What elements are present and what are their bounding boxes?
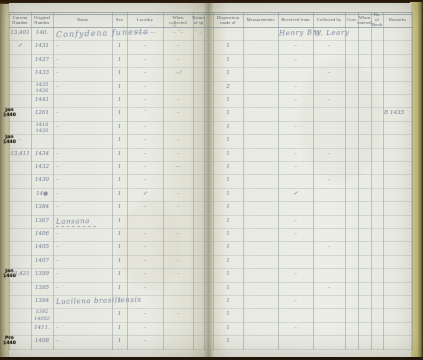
cell-current: ✓ <box>10 40 30 53</box>
cell-locality: – <box>128 67 162 80</box>
cell-original: 1441 <box>32 94 52 107</box>
cell-locality: – <box>128 81 162 94</box>
column-header-name: Name <box>54 14 111 27</box>
cell-name: – <box>56 268 110 281</box>
cell-when-collected: – <box>164 94 192 107</box>
table-row: 14251426–1–2– <box>0 81 423 94</box>
cell-sex: 1 <box>113 322 126 335</box>
cell-name: – <box>56 201 110 214</box>
cell-locality: ˘ <box>128 107 162 120</box>
cell-received-from: – <box>279 121 312 134</box>
cell-sex: 1 <box>113 268 126 281</box>
cell-locality: – <box>128 255 162 268</box>
cell-original: 1261 <box>32 107 52 120</box>
cell-sex: 1 <box>113 81 126 94</box>
cell-received-from: – <box>279 295 312 308</box>
cell-when-collected: – ˘– <box>164 27 192 40</box>
cell-sex: 1 <box>113 121 126 134</box>
column-header-no-of-book: No. of Book <box>372 14 382 27</box>
cell-col-a: 1 <box>214 54 242 67</box>
cell-name: – <box>56 241 110 254</box>
table-row: 1432–1–––1– <box>0 161 423 174</box>
cell-when-collected: – ⁄ <box>164 67 192 80</box>
cell-col-a: 1 <box>214 201 242 214</box>
table-row: 1433–1–– ⁄1– <box>0 67 423 80</box>
cell-original: 1406 <box>32 228 52 241</box>
cell-name: – <box>56 174 110 187</box>
cell-name: – <box>56 67 110 80</box>
cell-name: – <box>56 282 110 295</box>
cell-original: 1408 <box>32 335 52 348</box>
cell-locality: – <box>128 228 162 241</box>
column-header-remarks: Remarks <box>384 14 411 27</box>
cell-sex: 1 <box>113 228 126 241</box>
cell-collected-by: – <box>314 148 344 161</box>
column-header-cost: Cost <box>346 14 357 27</box>
cell-received-from: – <box>279 54 312 67</box>
cell-received-from: – <box>279 40 312 53</box>
cell-when-collected: – <box>164 40 192 53</box>
cell-col-a: 1 <box>214 322 242 335</box>
cell-original: 1430 <box>32 174 52 187</box>
cell-sex: 1 <box>113 107 126 120</box>
table-row: 1405–1–1– <box>0 241 423 254</box>
cell-sex: 1 <box>113 201 126 214</box>
cell-col-a: 1 <box>214 295 242 308</box>
table-row: 1395–1–1– <box>0 282 423 295</box>
margin-stamp: Pro1440 <box>0 337 19 347</box>
table-row: ✓1431–1––1–– <box>0 40 423 53</box>
table-row: 1427–1––1– <box>0 54 423 67</box>
cell-when-collected: – <box>164 188 192 201</box>
cell-original: 1431 <box>32 40 52 53</box>
cell-locality: ✓ <box>128 188 162 201</box>
cell-name: – <box>56 255 110 268</box>
table-row: 1367Lansana11– <box>0 215 423 228</box>
cell-col-a: 1 <box>214 134 242 147</box>
cell-col-a: 1 <box>214 282 242 295</box>
cell-sex: 1 <box>113 335 126 348</box>
cell-col-a: 1 <box>214 67 242 80</box>
table-row: 14●–1✓–1✓ <box>0 188 423 201</box>
cell-sex: 1 <box>113 54 126 67</box>
cell-when-collected: – <box>164 268 192 281</box>
column-header-locality: Locality <box>128 14 162 27</box>
cell-current: 13,401 <box>10 27 30 40</box>
cell-locality: – <box>128 201 162 214</box>
cell-received-from: ✓ <box>279 188 312 201</box>
cell-locality: – <box>128 322 162 335</box>
cell-received-from: – <box>279 215 312 228</box>
cell-original: 140. <box>32 27 52 40</box>
table-row: 1392140021––1 <box>0 308 423 321</box>
cell-original: 1433 <box>32 67 52 80</box>
cell-nature: ˘ – <box>193 27 203 40</box>
cell-when-collected: –– <box>164 161 192 174</box>
cell-col-a: 1 <box>214 255 242 268</box>
locality-superscript: ˘˘ <box>150 24 154 29</box>
cell-current: 13,421 <box>10 268 30 281</box>
cell-locality: – <box>128 54 162 67</box>
cell-col-a: 1 <box>214 148 242 161</box>
cell-sex: 1 <box>113 67 126 80</box>
cell-col-a: 1 <box>214 241 242 254</box>
cell-collected-by: – <box>314 67 344 80</box>
cell-received-from: – <box>279 268 312 281</box>
table-row: Jan14401261–1˘–1B 1435 <box>0 107 423 120</box>
cell-locality: – <box>128 94 162 107</box>
cell-col-a: 1 <box>214 161 242 174</box>
table-row: 1394Lucilena brasiliensis11– <box>0 295 423 308</box>
cell-locality: ––––– –– <box>128 27 162 40</box>
cell-current: – <box>10 134 30 147</box>
column-header-original-number: Original Number <box>32 14 52 27</box>
cell-original: 1434 <box>32 148 52 161</box>
cell-name: – <box>56 148 110 161</box>
table-row: 14411––1–– <box>0 94 423 107</box>
cell-name: Confydena funesta <box>56 26 126 42</box>
cell-original: 1411. <box>32 322 52 335</box>
cell-received-from: – <box>279 81 312 94</box>
cell-remarks: B 1435 <box>384 107 411 120</box>
cell-locality: – <box>128 161 162 174</box>
cell-original: 139214002 <box>32 308 52 321</box>
cell-received-from: Henry Bry <box>279 27 312 41</box>
cell-col-a: 1 <box>214 107 242 120</box>
cell-when-collected: – <box>164 134 192 147</box>
cell-original: 1384 <box>32 201 52 214</box>
table-row: 1407–1––1 <box>0 255 423 268</box>
column-header-received-from: Received from <box>279 14 312 27</box>
cell-collected-by: – <box>314 241 344 254</box>
column-header-disposition-made-of: Disposition made of <box>214 14 242 27</box>
cell-collected-by: – <box>314 94 344 107</box>
cell-collected-by: W. Leary <box>314 27 344 41</box>
name-ditto-underline <box>56 225 96 227</box>
cell-col-a: 1 <box>214 174 242 187</box>
cell-sex: 1 <box>113 148 126 161</box>
cell-original: 1367 <box>32 215 52 228</box>
cell-original: 14● <box>32 188 52 201</box>
cell-original: 1432 <box>32 161 52 174</box>
cell-when-collected: – <box>164 308 192 321</box>
cell-name: – <box>56 228 110 241</box>
cell-locality: – <box>128 241 162 254</box>
cell-col-a: 1 <box>214 228 242 241</box>
table-row: 1430–1–1– <box>0 174 423 187</box>
cell-locality: – <box>128 308 162 321</box>
cell-current: 13,411 <box>10 148 30 161</box>
cell-sex: 1 <box>113 174 126 187</box>
cell-col-a: 2 <box>214 81 242 94</box>
cell-sex: 1 <box>113 255 126 268</box>
cell-sex: 1 <box>113 215 126 228</box>
cell-sex: 1 <box>113 134 126 147</box>
cell-locality: – <box>128 121 162 134</box>
cell-when-collected: – <box>164 228 192 241</box>
cell-name: – <box>56 40 110 53</box>
cell-received-from: – <box>279 94 312 107</box>
cell-received-from: – <box>279 228 312 241</box>
cell-sex: 1 <box>113 241 126 254</box>
cell-sex: 1 <box>113 94 126 107</box>
cell-col-a: 1 <box>214 308 242 321</box>
cell-original: 1394 <box>32 295 52 308</box>
cell-name: – <box>56 161 110 174</box>
cell-name: – <box>56 121 110 134</box>
cell-col-a: 1 <box>214 335 242 348</box>
column-header-when-entered: When entered <box>359 14 370 27</box>
column-header-collected-by: Collected by <box>314 14 344 27</box>
header-rule <box>9 12 412 13</box>
cell-sex: 1 <box>113 308 126 321</box>
cell-collected-by: – <box>314 174 344 187</box>
table-row: 1406–1––1– <box>0 228 423 241</box>
cell-name: – <box>56 81 110 94</box>
cell-original: 1399 <box>32 268 52 281</box>
cell-sex: 1 <box>113 40 126 53</box>
column-header-when-collected: When collected <box>164 14 192 27</box>
cell-name: – <box>56 322 110 335</box>
cell-name: – <box>56 54 110 67</box>
cell-when-collected: – <box>164 201 192 214</box>
cell-name: – <box>56 107 110 120</box>
cell-name: – <box>56 335 110 348</box>
cell-locality: – <box>128 268 162 281</box>
cell-locality: – <box>128 335 162 348</box>
table-row: Pro14401408–1–1 <box>0 335 423 348</box>
cell-col-a: 1 <box>214 215 242 228</box>
cell-original: 14181420 <box>32 121 52 134</box>
cell-collected-by: – <box>314 40 344 53</box>
cell-received-from: – <box>279 322 312 335</box>
cell-col-a: 1 <box>214 40 242 53</box>
cell-original: 1407 <box>32 255 52 268</box>
column-header-measurements: Measurements <box>244 14 277 27</box>
cell-col-a: 1 <box>214 94 242 107</box>
table-row: 13,401140.Confydena funesta––––– ––– ˘–˘… <box>0 27 423 40</box>
cell-col-a: 1 <box>214 121 242 134</box>
cell-collected-by: – <box>314 282 344 295</box>
table-row: Jan144013,4211399–1––1– <box>0 268 423 281</box>
cell-col-a: 1 <box>214 188 242 201</box>
cell-when-collected: – <box>164 107 192 120</box>
cell-when-collected: – <box>164 255 192 268</box>
column-header-nature-of-sp: Nature of sp <box>194 14 203 27</box>
cell-sex: 1 <box>113 295 126 308</box>
row-rule <box>9 349 412 350</box>
cell-when-collected: – <box>164 148 192 161</box>
cell-sex: 1 <box>113 282 126 295</box>
cell-original: 1395 <box>32 282 52 295</box>
cell-original: 1405 <box>32 241 52 254</box>
margin-stamp: Jan1440 <box>0 109 19 119</box>
cell-original: 1427 <box>32 54 52 67</box>
cell-name: – <box>56 188 110 201</box>
table-row: 1384–1––1 <box>0 201 423 214</box>
table-row: 1411.–1–1– <box>0 322 423 335</box>
cell-locality: – <box>128 174 162 187</box>
table-row: 13,4111434–1––1–– <box>0 148 423 161</box>
cell-col-a: 1 <box>214 268 242 281</box>
cell-locality: – <box>128 148 162 161</box>
column-header-current-number: Current Number <box>10 14 30 27</box>
table-row: Jan1440–1––1 <box>0 134 423 147</box>
cell-received-from: – <box>279 148 312 161</box>
ledger-photo: Current NumberOriginal NumberNameSexLoca… <box>0 0 423 360</box>
cell-original: 14251426 <box>32 81 52 94</box>
cell-locality: – <box>128 282 162 295</box>
cell-received-from: – <box>279 161 312 174</box>
cell-sex: 1 <box>113 161 126 174</box>
cell-locality: – <box>128 40 162 53</box>
table-row: 14181420–1–1– <box>0 121 423 134</box>
cell-sex: 1 <box>113 188 126 201</box>
when-superscript: 31 <box>172 23 177 28</box>
cell-locality: – <box>128 134 162 147</box>
cell-when-collected: – <box>164 54 192 67</box>
